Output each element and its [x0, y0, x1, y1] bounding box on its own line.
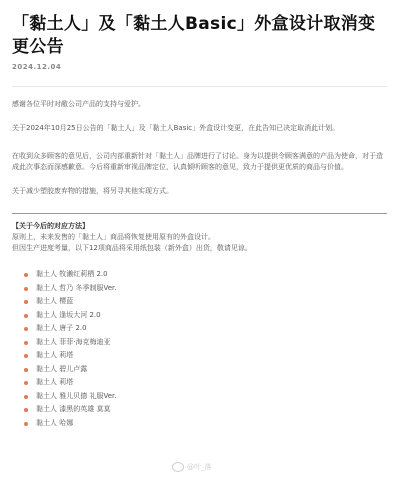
- bullet-icon: [24, 287, 28, 291]
- bullet-icon: [24, 395, 28, 399]
- paragraph-plastic-reduction: 关于减少塑胶废弃物的措施，将另寻其他实现方式。: [12, 186, 387, 197]
- paragraph-cancel-notice: 关于2024年10月25日公告的「黏土人」及「黏土人Basic」外盒设计变更，在…: [12, 123, 387, 134]
- bullet-icon: [24, 381, 28, 385]
- weibo-logo-icon: [172, 462, 184, 472]
- publish-date: 2024.12.04: [12, 63, 387, 71]
- page-title: 「黏土人」及「黏土人Basic」外盒设计取消变更公告: [12, 0, 387, 59]
- bullet-icon: [24, 327, 28, 331]
- paragraph-discussion: 在收到众多顾客的意见后，公司内部重新针对「黏土人」品牌进行了讨论。身为以提供令顾…: [12, 151, 387, 173]
- divider: [12, 86, 387, 87]
- product-list: 黏土人 牧濑红莉栖 2.0 黏土人 哲乃 冬季制服Ver. 黏土人 樱蓝 黏土人…: [24, 268, 387, 430]
- section-line-1: 原则上，未来发售的「黏土人」商品将恢复使用原有的外盒设计。: [12, 232, 387, 243]
- list-item: 黏土人 牧濑红莉栖 2.0: [24, 268, 387, 282]
- announcement-page: 「黏土人」及「黏土人Basic」外盒设计取消变更公告 2024.12.04 感谢…: [12, 0, 387, 430]
- list-item: 黏土人 唐子 2.0: [24, 322, 387, 336]
- list-item: 黏土人 哈娜: [24, 417, 387, 431]
- list-item: 黏土人 漆黑的英雄 莫莫: [24, 403, 387, 417]
- list-item: 黏土人 菲菲·海克梅迪亚: [24, 336, 387, 350]
- divider: [12, 213, 387, 214]
- list-item: 黏土人 莉塔: [24, 349, 387, 363]
- bullet-icon: [24, 354, 28, 358]
- list-item: 黏土人 樱蓝: [24, 295, 387, 309]
- bullet-icon: [24, 273, 28, 277]
- list-item: 黏土人 莉塔: [24, 376, 387, 390]
- bullet-icon: [24, 368, 28, 372]
- weibo-watermark: @叶_落: [172, 462, 212, 472]
- section-title: 【关于今后的对应方法】: [12, 221, 387, 232]
- bullet-icon: [24, 422, 28, 426]
- paragraph-thanks: 感谢各位平时对敝公司产品的支持与爱护。: [12, 99, 387, 110]
- bullet-icon: [24, 314, 28, 318]
- bullet-icon: [24, 408, 28, 412]
- section-line-2: 但因生产进度考量，以下12项商品将采用纸包装（新外盒）出货，敬请见谅。: [12, 243, 387, 254]
- list-item: 黏土人 碧儿卢露: [24, 363, 387, 377]
- list-item: 黏土人 雅儿贝德 礼服Ver.: [24, 390, 387, 404]
- list-item: 黏土人 哲乃 冬季制服Ver.: [24, 282, 387, 296]
- list-item: 黏土人 逢坂大河 2.0: [24, 309, 387, 323]
- bullet-icon: [24, 300, 28, 304]
- bullet-icon: [24, 341, 28, 345]
